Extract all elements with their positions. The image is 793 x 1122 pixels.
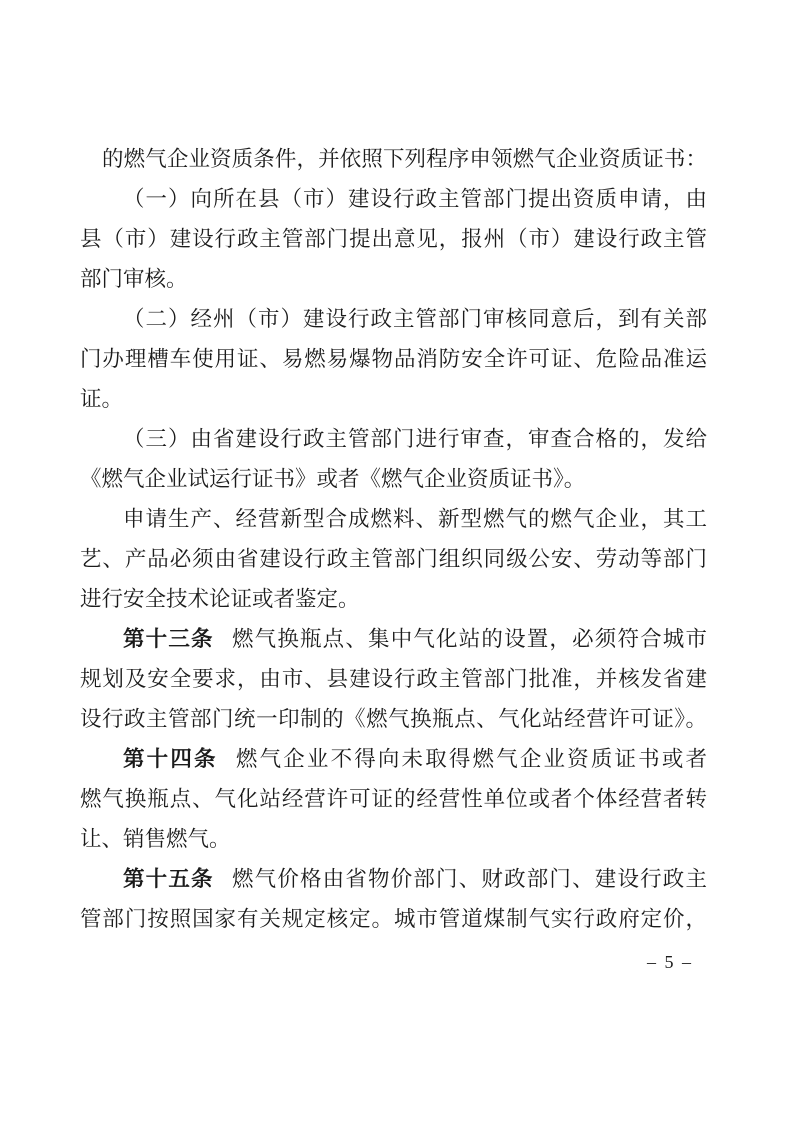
- line-text: 《燃气企业试运行证书》或者《燃气企业资质证书》。: [80, 467, 585, 491]
- line-text: （一）向所在县（市）建设行政主管部门提出资质申请，由: [123, 187, 707, 211]
- paragraph-item-1: （一）向所在县（市）建设行政主管部门提出资质申请，由 县（市）建设行政主管部门提…: [80, 179, 707, 299]
- text-line: 《燃气企业试运行证书》或者《燃气企业资质证书》。: [80, 459, 707, 499]
- line-text: 管部门按照国家有关规定核定。城市管道煤制气实行政府定价，: [80, 907, 707, 931]
- text-line: 第十四条燃气企业不得向未取得燃气企业资质证书或者: [80, 739, 707, 779]
- text-line: 管部门按照国家有关规定核定。城市管道煤制气实行政府定价，: [80, 899, 707, 939]
- line-text: 县（市）建设行政主管部门提出意见，报州（市）建设行政主管: [80, 227, 707, 251]
- line-text: 证。: [80, 387, 123, 411]
- paragraph-item-3: （三）由省建设行政主管部门进行审查，审查合格的，发给 《燃气企业试运行证书》或者…: [80, 419, 707, 499]
- text-line: 申请生产、经营新型合成燃料、新型燃气的燃气企业，其工: [80, 499, 707, 539]
- paragraph-article-13: 第十三条燃气换瓶点、集中气化站的设置，必须符合城市 规划及安全要求，由市、县建设…: [80, 619, 707, 739]
- line-text: 进行安全技术论证或者鉴定。: [80, 587, 360, 611]
- line-text: （三）由省建设行政主管部门进行审查，审查合格的，发给: [123, 427, 707, 451]
- article-number: 第十五条: [123, 867, 214, 891]
- text-line: 设行政主管部门统一印制的《燃气换瓶点、气化站经营许可证》。: [80, 699, 707, 739]
- text-line: 门办理槽车使用证、易燃易爆物品消防安全许可证、危险品准运: [80, 339, 707, 379]
- line-text: 申请生产、经营新型合成燃料、新型燃气的燃气企业，其工: [123, 507, 707, 531]
- text-line: 艺、产品必须由省建设行政主管部门组织同级公安、劳动等部门: [80, 539, 707, 579]
- text-line: 进行安全技术论证或者鉴定。: [80, 579, 707, 619]
- line-text: 部门审核。: [80, 267, 188, 291]
- article-number: 第十四条: [123, 747, 218, 771]
- line-text: 门办理槽车使用证、易燃易爆物品消防安全许可证、危险品准运: [80, 347, 707, 371]
- line-text: （二）经州（市）建设行政主管部门审核同意后，到有关部: [123, 307, 707, 331]
- text-line: 规划及安全要求，由市、县建设行政主管部门批准，并核发省建: [80, 659, 707, 699]
- text-line: 让、销售燃气。: [80, 819, 707, 859]
- line-text: 燃气换瓶点、集中气化站的设置，必须符合城市: [232, 627, 707, 651]
- line-text: 规划及安全要求，由市、县建设行政主管部门批准，并核发省建: [80, 667, 707, 691]
- text-line: 的燃气企业资质条件，并依照下列程序申领燃气企业资质证书：: [80, 139, 707, 179]
- document-page: 的燃气企业资质条件，并依照下列程序申领燃气企业资质证书： （一）向所在县（市）建…: [0, 0, 793, 1122]
- text-line: 第十五条燃气价格由省物价部门、财政部门、建设行政主: [80, 859, 707, 899]
- paragraph-intro-continuation: 的燃气企业资质条件，并依照下列程序申领燃气企业资质证书：: [80, 139, 707, 179]
- article-number: 第十三条: [123, 627, 214, 651]
- paragraph-article-14: 第十四条燃气企业不得向未取得燃气企业资质证书或者 燃气换瓶点、气化站经营许可证的…: [80, 739, 707, 859]
- line-text: 设行政主管部门统一印制的《燃气换瓶点、气化站经营许可证》。: [80, 707, 707, 731]
- paragraph-article-15: 第十五条燃气价格由省物价部门、财政部门、建设行政主 管部门按照国家有关规定核定。…: [80, 859, 707, 939]
- line-text: 燃气价格由省物价部门、财政部门、建设行政主: [232, 867, 707, 891]
- text-line: 燃气换瓶点、气化站经营许可证的经营性单位或者个体经营者转: [80, 779, 707, 819]
- line-text: 燃气企业不得向未取得燃气企业资质证书或者: [236, 747, 707, 771]
- text-line: 第十三条燃气换瓶点、集中气化站的设置，必须符合城市: [80, 619, 707, 659]
- text-line: 证。: [80, 379, 707, 419]
- line-text: 燃气换瓶点、气化站经营许可证的经营性单位或者个体经营者转: [80, 787, 707, 811]
- text-line: 县（市）建设行政主管部门提出意见，报州（市）建设行政主管: [80, 219, 707, 259]
- line-text: 让、销售燃气。: [80, 827, 231, 851]
- document-body: 的燃气企业资质条件，并依照下列程序申领燃气企业资质证书： （一）向所在县（市）建…: [80, 139, 707, 939]
- text-line: （一）向所在县（市）建设行政主管部门提出资质申请，由: [80, 179, 707, 219]
- text-line: （三）由省建设行政主管部门进行审查，审查合格的，发给: [80, 419, 707, 459]
- page-number: – 5 –: [641, 952, 699, 973]
- line-text: 艺、产品必须由省建设行政主管部门组织同级公安、劳动等部门: [80, 547, 707, 571]
- text-line: 部门审核。: [80, 259, 707, 299]
- line-text: 的燃气企业资质条件，并依照下列程序申领燃气企业资质证书：: [102, 147, 707, 171]
- paragraph-item-2: （二）经州（市）建设行政主管部门审核同意后，到有关部 门办理槽车使用证、易燃易爆…: [80, 299, 707, 419]
- text-line: （二）经州（市）建设行政主管部门审核同意后，到有关部: [80, 299, 707, 339]
- paragraph-new-fuel: 申请生产、经营新型合成燃料、新型燃气的燃气企业，其工 艺、产品必须由省建设行政主…: [80, 499, 707, 619]
